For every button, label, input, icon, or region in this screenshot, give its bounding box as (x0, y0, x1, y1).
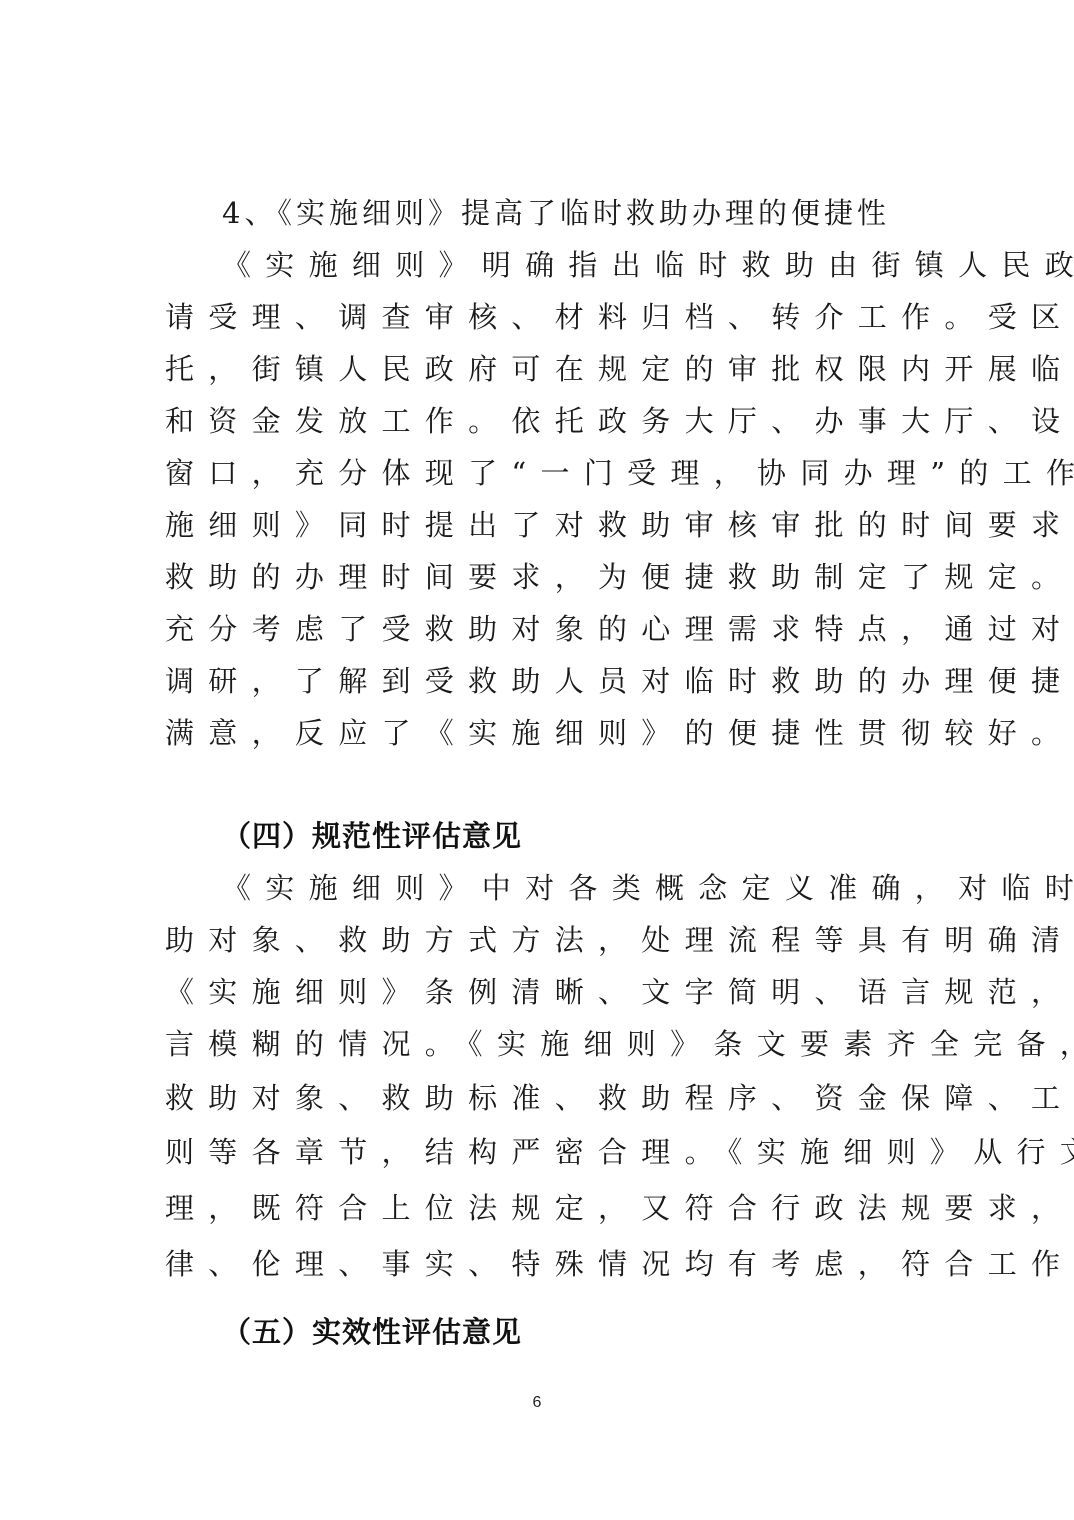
paragraph-line: 请受理、调查审核、材料归档、转介工作。受区民政部门委 (165, 299, 925, 335)
document-page: 4、《实施细则》提高了临时救助办理的便捷性 《实施细则》明确指出临时救助由街镇人… (0, 0, 1074, 1520)
paragraph-line: 托，街镇人民政府可在规定的审批权限内开展临时救助审批 (165, 351, 925, 387)
paragraph-line: 《实施细则》条例清晰、文字简明、语言规范，全文未有语 (165, 974, 925, 1010)
paragraph-line: 《实施细则》明确指出临时救助由街镇人民政府负责申 (222, 247, 982, 283)
paragraph-line: 律、伦理、事实、特殊情况均有考虑，符合工作逻辑。 (165, 1246, 925, 1282)
paragraph-line: 理，既符合上位法规定，又符合行政法规要求，同时，对法 (165, 1190, 925, 1226)
paragraph-line: 窗口，充分体现了“一门受理，协同办理”的工作要求。《实 (165, 455, 925, 491)
heading-effectiveness-assessment: （五）实效性评估意见 (222, 1314, 522, 1350)
paragraph-line: 言模糊的情况。《实施细则》条文要素齐全完备，有总则、 (165, 1026, 925, 1062)
heading-normativity-assessment: （四）规范性评估意见 (222, 818, 522, 854)
paragraph-line: 和资金发放工作。依托政务大厅、办事大厅、设立统一受理 (165, 403, 925, 439)
paragraph-line: 救助的办理时间要求，为便捷救助制定了规定。《实施细则》 (165, 559, 925, 595)
paragraph-line: 救助对象、救助标准、救助程序、资金保障、工作机制、附 (165, 1080, 925, 1116)
paragraph-line: 则等各章节，结构严密合理。《实施细则》从行文上符合法 (165, 1134, 925, 1170)
page-number: 6 (0, 1394, 1074, 1412)
paragraph-line: 施细则》同时提出了对救助审核审批的时间要求和不同类型 (165, 507, 925, 543)
paragraph-line: 调研，了解到受救助人员对临时救助的办理便捷性表示充分 (165, 663, 925, 699)
paragraph-line: 满意，反应了《实施细则》的便捷性贯彻较好。 (165, 715, 925, 751)
section-4-subheading: 4、《实施细则》提高了临时救助办理的便捷性 (222, 195, 890, 231)
paragraph-line: 充分考虑了受救助对象的心理需求特点，通过对救助人群的 (165, 611, 925, 647)
paragraph-line: 助对象、救助方式方法，处理流程等具有明确清晰的界定。 (165, 922, 925, 958)
paragraph-line: 《实施细则》中对各类概念定义准确，对临时救助、救 (222, 870, 982, 906)
